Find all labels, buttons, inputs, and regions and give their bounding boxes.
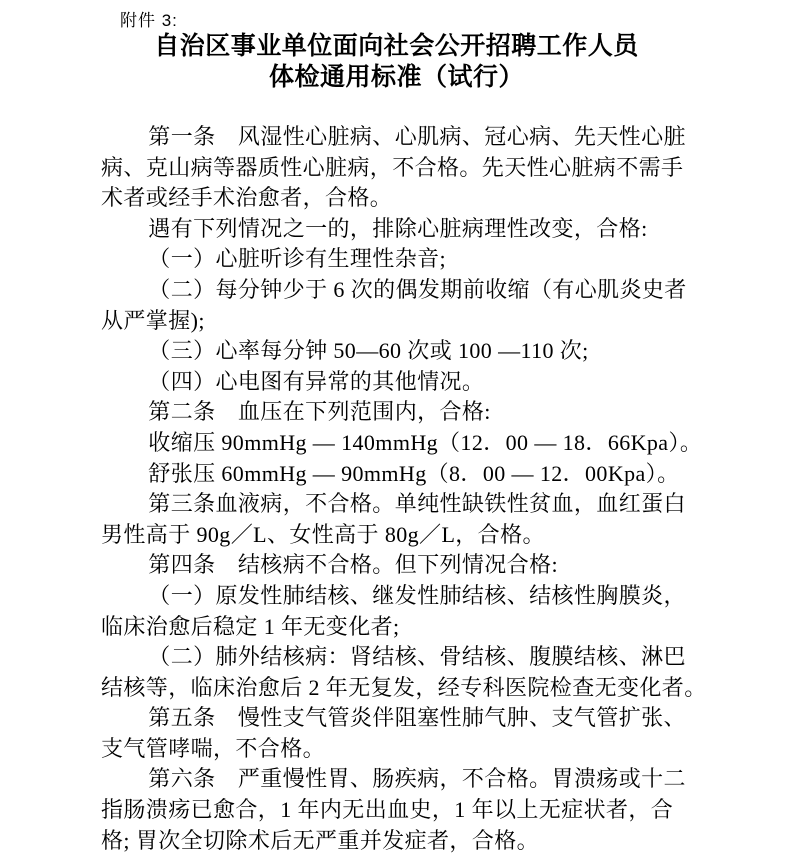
text-line: （四）心电图有异常的其他情况。 [101,367,693,398]
text-line: 男性高于 90g／L、女性高于 80g／L，合格。 [101,520,693,551]
text-line: 格; 胃次全切除术后无严重并发症者，合格。 [101,826,693,857]
text-line: 收缩压 90mmHg — 140mmHg（12．00 — 18．66Kpa）。 [101,428,693,459]
text-line: 从严掌握); [101,306,693,337]
text-line: 病、克山病等器质性心脏病，不合格。先天性心脏病不需手 [101,153,693,184]
text-line: 支气管哮喘，不合格。 [101,734,693,765]
document-title: 自治区事业单位面向社会公开招聘工作人员 体检通用标准（试行） [0,31,793,93]
text-line: 第五条 慢性支气管炎伴阻塞性肺气肿、支气管扩张、 [101,703,693,734]
text-line: 第一条 风湿性心脏病、心肌病、冠心病、先天性心脏 [101,122,693,153]
text-line: 遇有下列情况之一的，排除心脏病理性改变，合格: [101,214,693,245]
text-line: 第二条 血压在下列范围内，合格: [101,397,693,428]
text-line: 指肠溃疡已愈合，1 年内无出血史，1 年以上无症状者，合 [101,795,693,826]
text-line: 结核等，临床治愈后 2 年无复发，经专科医院检查无变化者。 [101,673,693,704]
text-line: 术者或经手术治愈者，合格。 [101,183,693,214]
document-page: 附件 3: 自治区事业单位面向社会公开招聘工作人员 体检通用标准（试行） 第一条… [0,0,793,859]
text-line: 第四条 结核病不合格。但下列情况合格: [101,550,693,581]
text-line: 第六条 严重慢性胃、肠疾病，不合格。胃溃疡或十二 [101,764,693,795]
text-line: （二）肺外结核病：肾结核、骨结核、腹膜结核、淋巴 [101,642,693,673]
text-line: （二）每分钟少于 6 次的偶发期前收缩（有心肌炎史者 [101,275,693,306]
attachment-label: 附件 3: [120,6,178,31]
text-line: （三）心率每分钟 50—60 次或 100 —110 次; [101,336,693,367]
text-line: （一）心脏听诊有生理性杂音; [101,244,693,275]
text-line: （一）原发性肺结核、继发性肺结核、结核性胸膜炎， [101,581,693,612]
document-body: 第一条 风湿性心脏病、心肌病、冠心病、先天性心脏病、克山病等器质性心脏病，不合格… [101,122,693,856]
document-title-line1: 自治区事业单位面向社会公开招聘工作人员 [0,31,793,62]
text-line: 第三条血液病，不合格。单纯性缺铁性贫血，血红蛋白 [101,489,693,520]
text-line: 临床治愈后稳定 1 年无变化者; [101,612,693,643]
text-line: 舒张压 60mmHg — 90mmHg（8．00 — 12．00Kpa）。 [101,459,693,490]
document-title-line2: 体检通用标准（试行） [0,62,793,93]
